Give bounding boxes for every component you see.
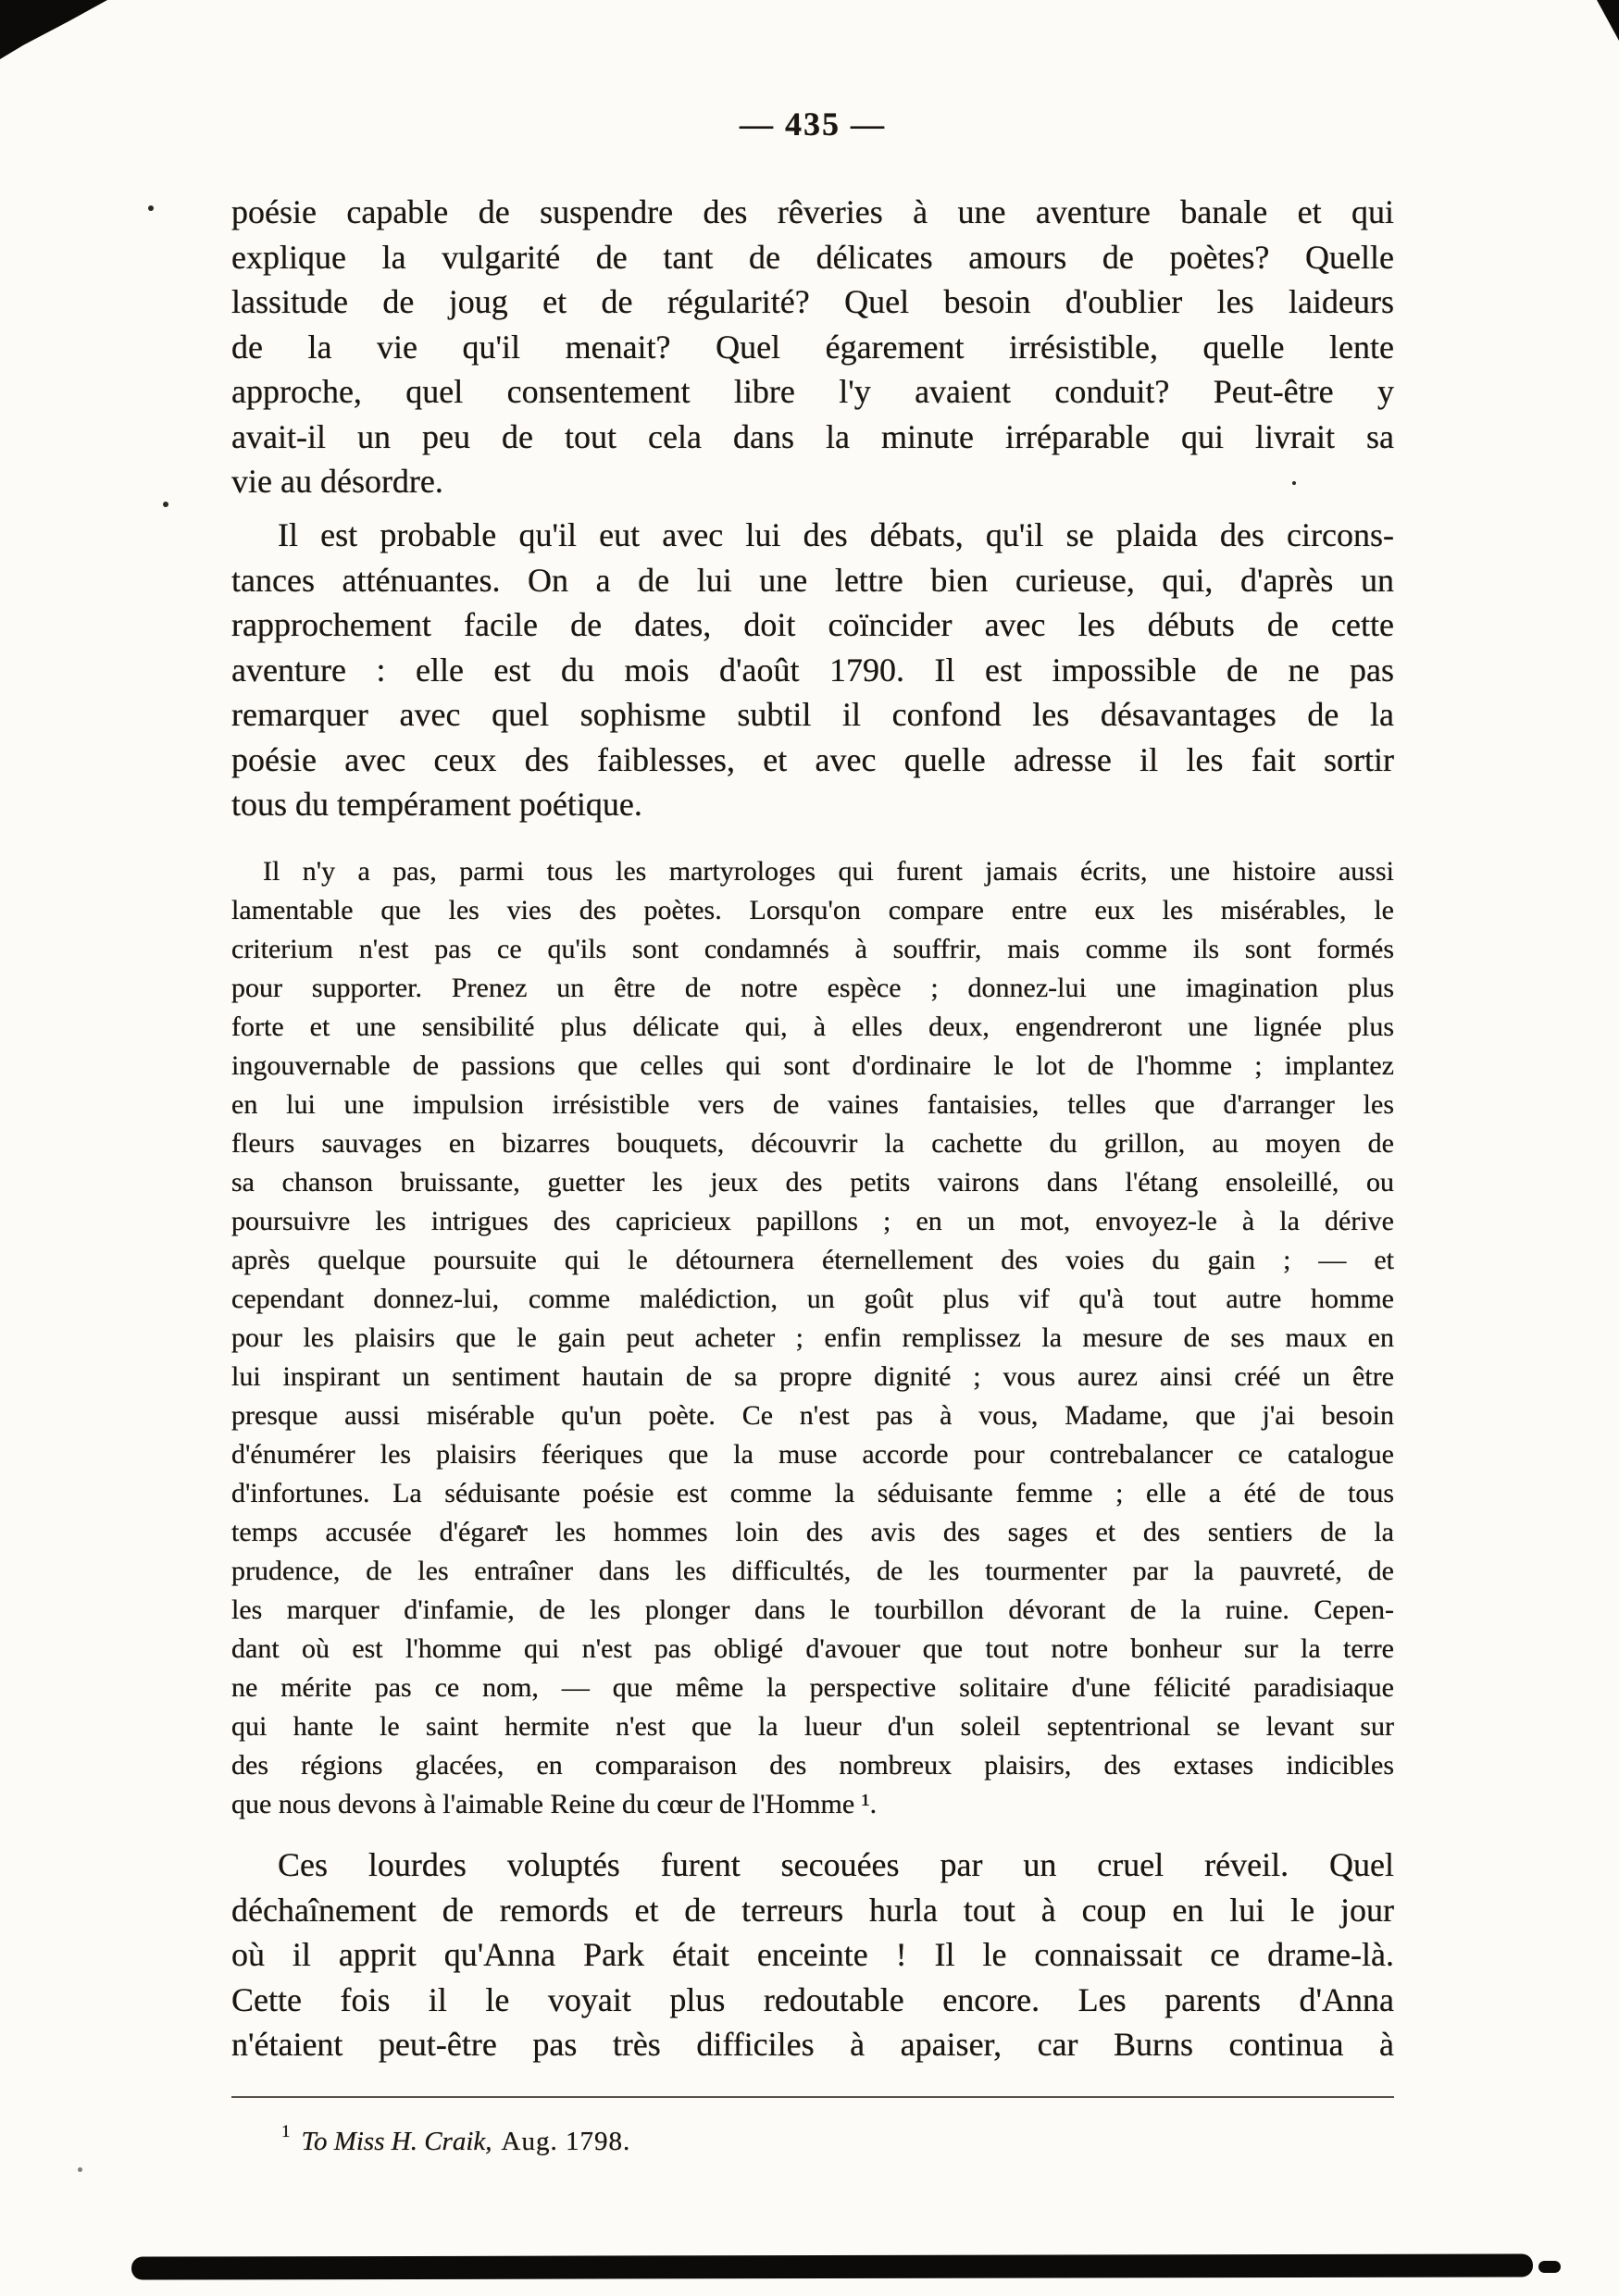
text-line: ingouvernable de passions que celles qui…: [231, 1047, 1394, 1086]
text-line: que nous devons à l'aimable Reine du cœu…: [231, 1785, 1394, 1824]
paragraph-letter-intro: Il est probable qu'il eut avec lui des d…: [231, 513, 1394, 827]
scan-artifact-bottom-bar: [131, 2253, 1533, 2279]
footnote-source: To Miss H. Craik,: [302, 2127, 492, 2156]
text-line: lui inspirant un sentiment hautain de sa…: [231, 1358, 1394, 1396]
text-line: ne mérite pas ce nom, — que même la pers…: [231, 1669, 1394, 1707]
scan-speck: [163, 502, 168, 507]
text-line: Cette fois il le voyait plus redoutable …: [231, 1978, 1394, 2023]
text-line: Il est probable qu'il eut avec lui des d…: [231, 513, 1394, 558]
text-line: pour les plaisirs que le gain peut achet…: [231, 1319, 1394, 1358]
text-line: de la vie qu'il menait? Quel égarement i…: [231, 325, 1394, 370]
text-line: aventure : elle est du mois d'août 1790.…: [231, 648, 1394, 693]
text-line: où il apprit qu'Anna Park était enceinte…: [231, 1932, 1394, 1978]
text-line: en lui une impulsion irrésistible vers d…: [231, 1086, 1394, 1124]
text-line: poursuivre les intrigues des capricieux …: [231, 1202, 1394, 1241]
paragraph-continuation: poésie capable de suspendre des rêveries…: [231, 190, 1394, 504]
text-line: pour supporter. Prenez un être de notre …: [231, 969, 1394, 1008]
text-line: Il n'y a pas, parmi tous les martyrologe…: [231, 852, 1394, 891]
scan-speck: [148, 205, 154, 211]
text-line: forte et une sensibilité plus délicate q…: [231, 1008, 1394, 1047]
text-line: rapprochement facile de dates, doit coïn…: [231, 602, 1394, 648]
text-line: tous du tempérament poétique.: [231, 782, 1394, 827]
text-line: presque aussi misérable qu'un poète. Ce …: [231, 1396, 1394, 1435]
text-line: fleurs sauvages en bizarres bouquets, dé…: [231, 1124, 1394, 1163]
scan-speck: [1292, 481, 1296, 485]
text-line: cependant donnez-lui, comme malédiction,…: [231, 1280, 1394, 1319]
text-line: n'étaient peut-être pas très difficiles …: [231, 2022, 1394, 2067]
text-line: d'énumérer les plaisirs féeriques que la…: [231, 1435, 1394, 1474]
text-line: des régions glacées, en comparaison des …: [231, 1746, 1394, 1785]
scan-artifact-top-right: [1597, 0, 1619, 46]
text-line: d'infortunes. La séduisante poésie est c…: [231, 1474, 1394, 1513]
text-line: vie au désordre.: [231, 459, 1394, 504]
text-line: approche, quel consentement libre l'y av…: [231, 369, 1394, 415]
text-line: avait-il un peu de tout cela dans la min…: [231, 415, 1394, 460]
footnote: 1To Miss H. Craik,Aug. 1798.: [231, 2114, 1444, 2160]
scan-artifact-bottom-bar-fragment: [1538, 2261, 1561, 2273]
text-line: après quelque poursuite qui le détourner…: [231, 1241, 1394, 1280]
text-line: sa chanson bruissante, guetter les jeux …: [231, 1163, 1394, 1202]
footnote-divider: [231, 2096, 1394, 2098]
text-line: remarquer avec quel sophisme subtil il c…: [231, 692, 1394, 738]
text-line: explique la vulgarité de tant de délicat…: [231, 235, 1394, 280]
text-line: tances atténuantes. On a de lui une lett…: [231, 558, 1394, 603]
scan-artifact-top-left: [0, 0, 107, 59]
text-line: temps accusée d'égarer les hommes loin d…: [231, 1513, 1394, 1552]
text-line: dant où est l'homme qui n'est pas obligé…: [231, 1630, 1394, 1669]
text-line: lamentable que les vies des poètes. Lors…: [231, 891, 1394, 930]
text-line: les marquer d'infamie, de les plonger da…: [231, 1591, 1394, 1630]
text-line: criterium n'est pas ce qu'ils sont conda…: [231, 930, 1394, 969]
text-line: poésie capable de suspendre des rêveries…: [231, 190, 1394, 235]
text-line: prudence, de les entraîner dans les diff…: [231, 1552, 1394, 1591]
paragraph-anna-park: Ces lourdes voluptés furent secouées par…: [231, 1843, 1394, 2067]
text-line: Ces lourdes voluptés furent secouées par…: [231, 1843, 1394, 1888]
scan-speck: [78, 2167, 82, 2172]
text-line: qui hante le saint hermite n'est que la …: [231, 1707, 1394, 1746]
page-number: — 435 —: [231, 105, 1394, 143]
text-line: déchaînement de remords et de terreurs h…: [231, 1888, 1394, 1933]
text-line: poésie avec ceux des faiblesses, et avec…: [231, 738, 1394, 783]
scanned-book-page: — 435 — poésie capable de suspendre des …: [0, 0, 1619, 2296]
scan-speck: [517, 1525, 521, 1530]
footnote-marker: 1: [281, 2122, 291, 2141]
blockquote-burns-letter: Il n'y a pas, parmi tous les martyrologe…: [231, 852, 1394, 1824]
text-line: lassitude de joug et de régularité? Quel…: [231, 279, 1394, 325]
footnote-date: Aug. 1798.: [502, 2127, 631, 2156]
